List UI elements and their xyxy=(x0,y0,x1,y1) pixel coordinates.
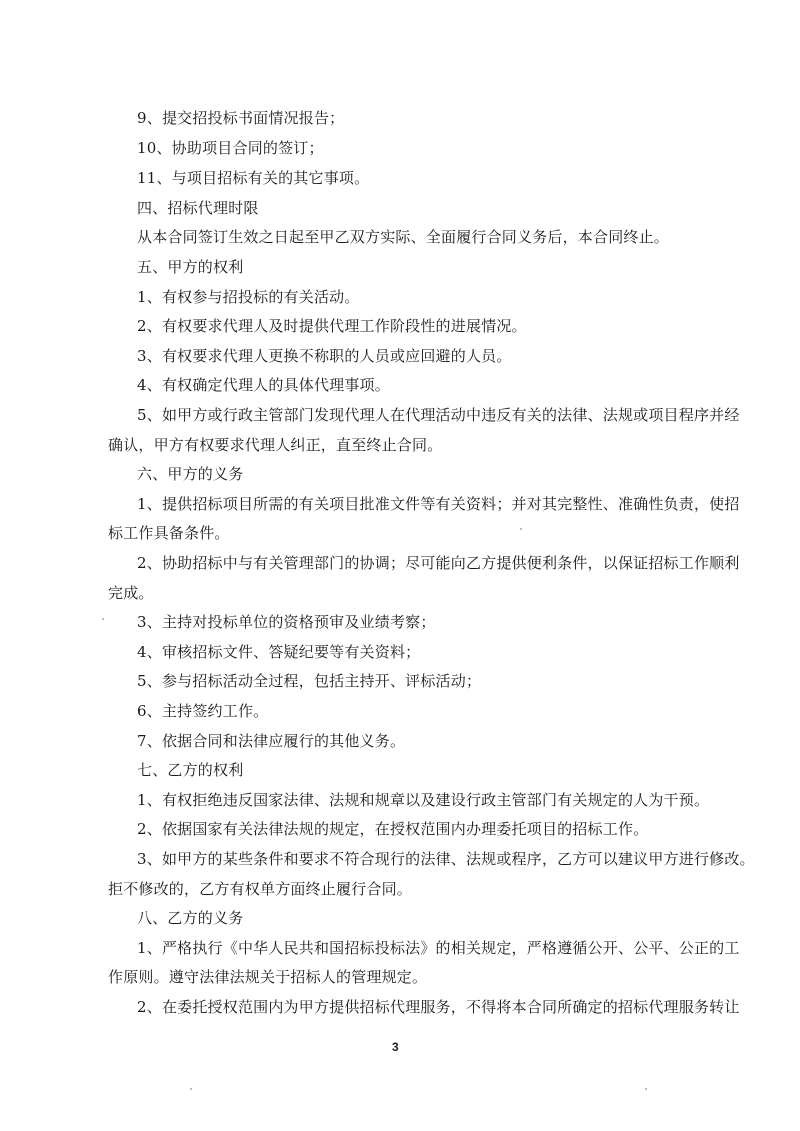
text-line: 1、严格执行《中华人民共和国招标投标法》的相关规定，严格遵循公开、公平、公正的工 xyxy=(137,938,740,958)
scan-speck xyxy=(190,1088,192,1090)
text-line: 11、与项目招标有关的其它事项。 xyxy=(137,168,369,188)
text-line: 标工作具备条件。 xyxy=(108,523,230,543)
text-line: 拒不修改的，乙方有权单方面终止履行合同。 xyxy=(108,879,412,899)
text-line: 10、协助项目合同的签订； xyxy=(137,138,324,158)
text-line: 4、有权确定代理人的具体代理事项。 xyxy=(137,375,390,395)
document-page: 9、提交招投标书面情况报告；10、协助项目合同的签订；11、与项目招标有关的其它… xyxy=(0,0,800,1131)
text-line: 完成。 xyxy=(108,583,154,603)
scan-speck xyxy=(102,618,104,620)
text-line: 4、审核招标文件、答疑纪要等有关资料； xyxy=(137,642,420,662)
text-line: 确认，甲方有权要求代理人纠正，直至终止合同。 xyxy=(108,435,442,455)
text-line: 六、甲方的义务 xyxy=(137,464,243,484)
text-line: 八、乙方的义务 xyxy=(137,908,243,928)
scan-speck xyxy=(645,1088,647,1090)
text-line: 6、主持签约工作。 xyxy=(137,701,268,721)
text-line: 2、协助招标中与有关管理部门的协调；尽可能向乙方提供便利条件，以保证招标工作顺利 xyxy=(137,553,740,573)
text-line: 1、有权拒绝违反国家法律、法规和规章以及建设行政主管部门有关规定的人为干预。 xyxy=(137,790,709,810)
text-line: 3、如甲方的某些条件和要求不符合现行的法律、法规或程序，乙方可以建议甲方进行修改… xyxy=(137,849,755,869)
text-line: 9、提交招投标书面情况报告； xyxy=(137,108,344,128)
text-line: 2、依据国家有关法律法规的规定，在授权范围内办理委托项目的招标工作。 xyxy=(137,819,648,839)
text-line: 四、招标代理时限 xyxy=(137,198,259,218)
text-line: 3、主持对投标单位的资格预审及业绩考察； xyxy=(137,612,436,632)
text-line: 从本合同签订生效之日起至甲乙双方实际、全面履行合同义务后，本合同终止。 xyxy=(137,227,669,247)
scan-speck xyxy=(520,528,522,530)
text-line: 2、有权要求代理人及时提供代理工作阶段性的进展情况。 xyxy=(137,316,527,336)
text-line: 1、提供招标项目所需的有关项目批准文件等有关资料；并对其完整性、准确性负责，使招 xyxy=(137,494,740,514)
text-line: 5、参与招标活动全过程，包括主持开、评标活动； xyxy=(137,671,481,691)
text-line: 2、在委托授权范围内为甲方提供招标代理服务，不得将本合同所确定的招标代理服务转让 xyxy=(137,997,740,1017)
text-line: 五、甲方的权利 xyxy=(137,257,243,277)
text-line: 5、如甲方或行政主管部门发现代理人在代理活动中违反有关的法律、法规或项目程序并经 xyxy=(137,405,740,425)
text-line: 1、有权参与招投标的有关活动。 xyxy=(137,287,360,307)
text-line: 3、有权要求代理人更换不称职的人员或应回避的人员。 xyxy=(137,346,512,366)
page-number: 3 xyxy=(392,1040,399,1054)
text-line: 7、依据合同和法律应履行的其他义务。 xyxy=(137,731,405,751)
text-line: 作原则。遵守法律法规关于招标人的管理规定。 xyxy=(108,967,427,987)
text-line: 七、乙方的权利 xyxy=(137,760,243,780)
